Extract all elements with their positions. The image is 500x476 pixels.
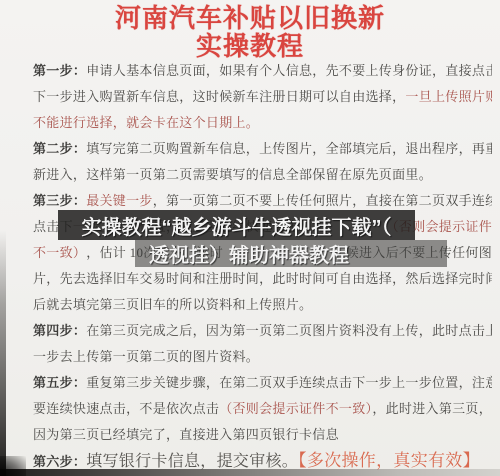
- step-3-line-4: 片，先去选择旧车交易时间和注册时间，此时时间可自由选择，然后选择完时间: [33, 266, 492, 292]
- text-segment: 在第三页完成之后，因为第一页第二页图片资料没有上传，此时点击上: [86, 323, 492, 338]
- step-2-line-2: 新进入，这样第一页第二页需要填写的信息全部保留在原先页面里。: [33, 162, 492, 188]
- step-5-line-1: 第五步：重复第三步关键步骤，在第二页双手连续点击下一步上一步位置，注意: [33, 370, 492, 396]
- text-segment: 一旦上传照片则: [405, 89, 492, 104]
- text-segment: 第五步：: [33, 375, 86, 390]
- text-segment: 第三步：: [33, 193, 86, 208]
- step-4-line-2: 一步去上传第一页第二页的图片资料。: [33, 344, 492, 370]
- watermark-text-line1: 实操教程“越乡游斗牛透视挂下载”（: [82, 211, 392, 240]
- page-title: 河南汽车补贴以旧换新 实操教程: [0, 4, 500, 60]
- page-title-line2: 实操教程: [0, 32, 500, 60]
- text-segment: 后就去填完第三页旧车的所以资料和上传照片。: [33, 297, 312, 312]
- text-segment: （否则会提示证件不一致）: [219, 401, 372, 416]
- text-segment: 【多次操作，真实有效】: [298, 451, 480, 470]
- text-segment: 要连续快速点击，不是依次点击: [33, 401, 219, 416]
- text-segment: 下一步进入购置新车信息，这时候新车注册日期可以自由选择，: [33, 89, 405, 104]
- step-4-line-1: 第四步：在第三页完成之后，因为第一页第二页图片资料没有上传，此时点击上: [33, 318, 492, 344]
- text-segment: 片，先去选择旧车交易时间和注册时间，此时时间可自由选择，然后选择完时间: [33, 271, 492, 286]
- text-segment: ，第一页第二页不要上传任何照片，直接在第二页双手连续: [153, 193, 492, 208]
- watermark-text-line2: 透视挂）辅助神器教程: [149, 239, 349, 268]
- step-1-line-3: 不能进行选择，就会卡在这个日期上。: [33, 110, 492, 136]
- photo-shadow-bottom-edge: [0, 469, 500, 476]
- step-2-line-1: 第二步：填写完第二页购置新车信息，上传图片，全部填完后，退出程序，再重: [33, 136, 492, 162]
- text-segment: 第六步：: [33, 454, 86, 469]
- text-segment: 填写银行卡信息，提交审核。: [86, 453, 298, 470]
- text-segment: ，此时进入第三页，: [372, 401, 492, 416]
- photo-shadow-corner: [0, 456, 26, 476]
- step-1-line-1: 第一步：申请人基本信息页面，如果有个人信息，先不要上传身份证，直接点击: [33, 58, 492, 84]
- text-segment: 第一步：: [33, 63, 86, 78]
- watermark-bar-1: 实操教程“越乡游斗牛透视挂下载”（: [58, 210, 415, 240]
- text-segment: 重复第三步关键步骤，在第二页双手连续点击下一步上一步位置，注意: [86, 375, 492, 390]
- text-segment: 申请人基本信息页面，如果有个人信息，先不要上传身份证，直接点击: [86, 63, 492, 78]
- photo-shadow-left-edge: [0, 230, 6, 476]
- step-1-line-2: 下一步进入购置新车信息，这时候新车注册日期可以自由选择，一旦上传照片则: [33, 84, 492, 110]
- text-segment: 第四步：: [33, 323, 86, 338]
- text-segment: 填写完第二页购置新车信息，上传图片，全部填完后，退出程序，再重: [86, 141, 492, 156]
- text-segment: 不一致）: [33, 240, 86, 266]
- photographed-tutorial-page: 河南汽车补贴以旧换新 实操教程 第一步：申请人基本信息页面，如果有个人信息，先不…: [0, 0, 500, 476]
- watermark-bar-2: 透视挂）辅助神器教程: [135, 240, 447, 267]
- text-segment: 不能进行选择，就会卡在这个日期上。: [33, 115, 259, 130]
- text-segment: 一步去上传第一页第二页的图片资料。: [33, 349, 259, 364]
- step-5-line-2: 要连续快速点击，不是依次点击（否则会提示证件不一致），此时进入第三页，: [33, 396, 492, 422]
- page-title-line1: 河南汽车补贴以旧换新: [0, 4, 500, 32]
- text-segment: 因为第三页已经填完了，直接进入第四页银行卡信息: [33, 427, 339, 442]
- text-segment: 第二步：: [33, 141, 86, 156]
- step-5-line-3: 因为第三页已经填完了，直接进入第四页银行卡信息: [33, 422, 492, 448]
- text-segment: 最关键一步: [86, 193, 153, 208]
- text-segment: 新进入，这样第一页第二页需要填写的信息全部保留在原先页面里。: [33, 167, 432, 182]
- step-3-line-5: 后就去填完第三页旧车的所以资料和上传照片。: [33, 292, 492, 318]
